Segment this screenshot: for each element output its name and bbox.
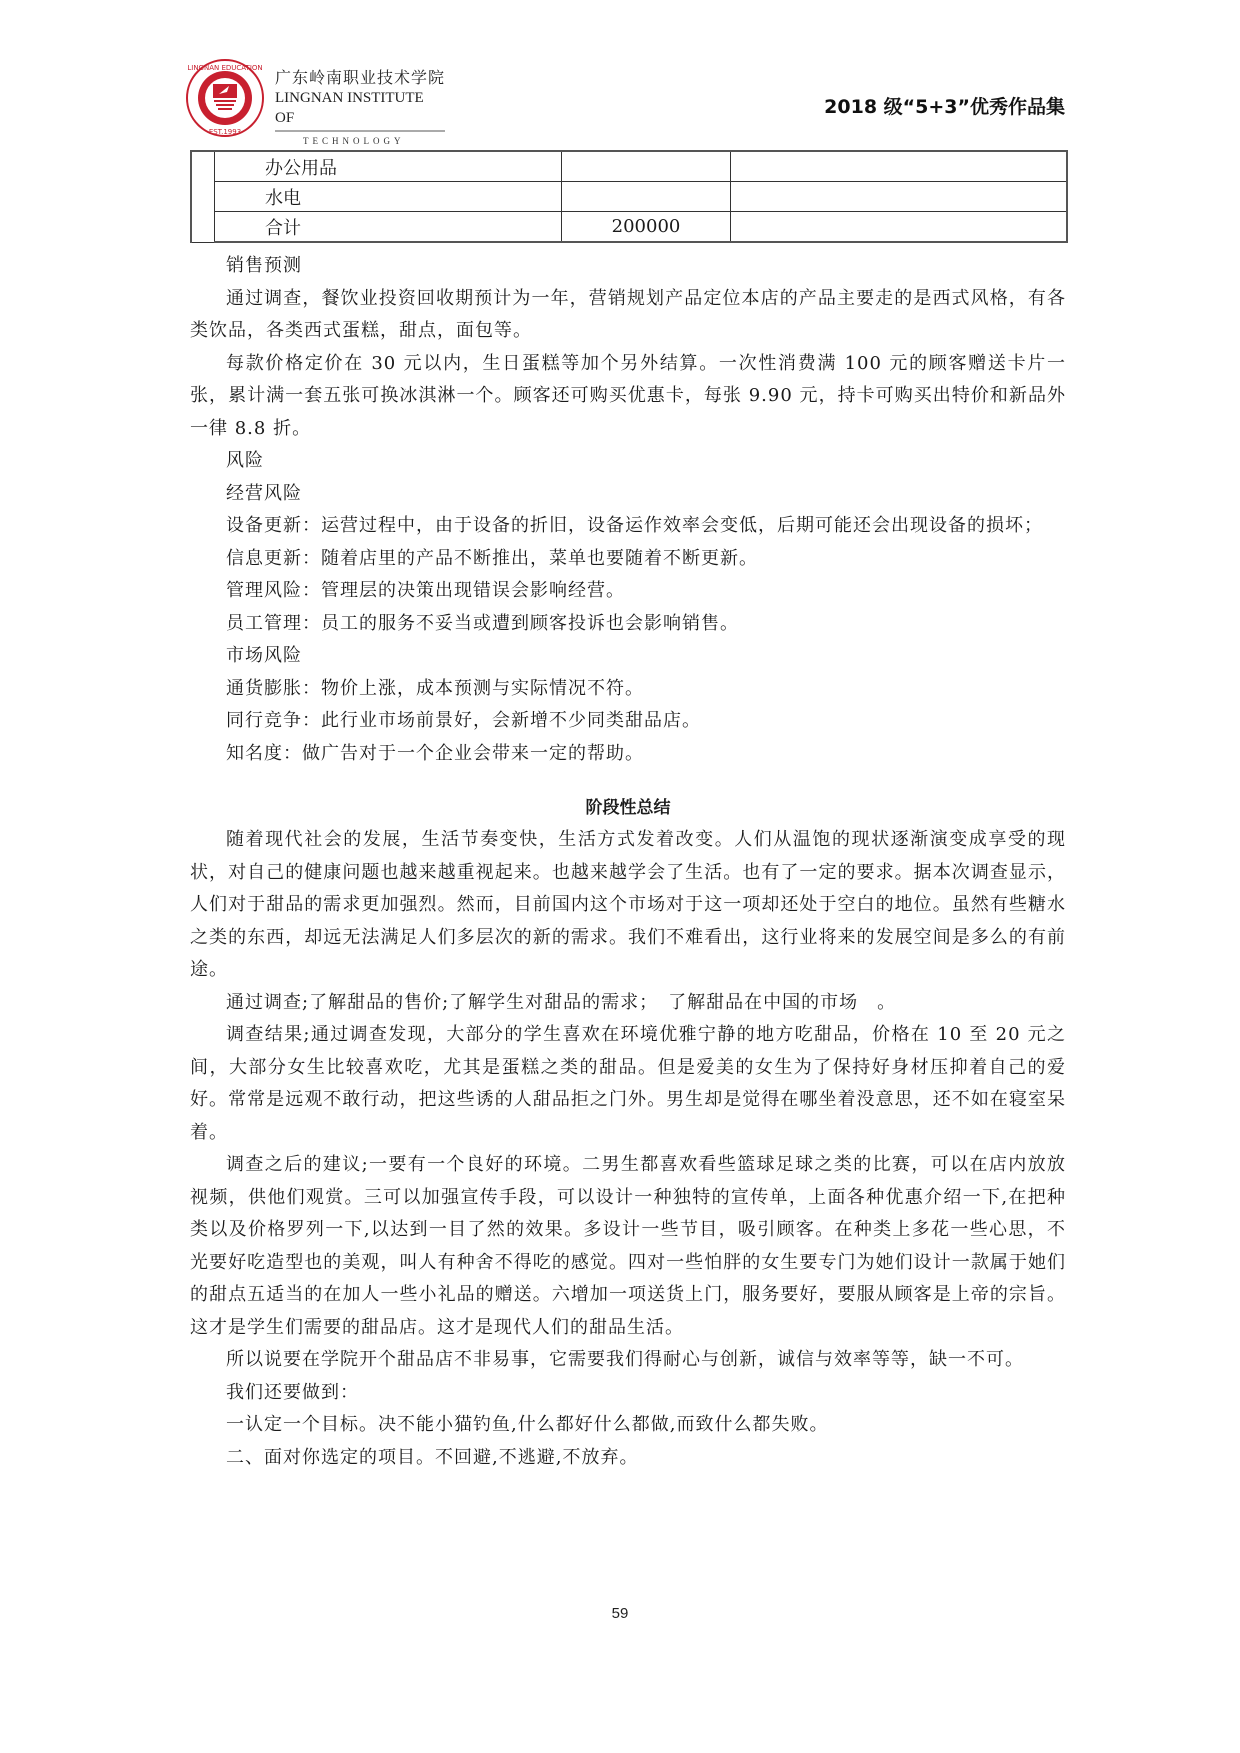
collection-title: 2018 级“5+3”优秀作品集 — [824, 92, 1065, 119]
paragraph: 设备更新：运营过程中，由于设备的折旧，设备运作效率会变低，后期可能还会出现设备的… — [190, 510, 1066, 543]
paragraph: 二、面对你选定的项目。不回避,不逃避,不放弃。 — [190, 1442, 1066, 1475]
school-name-en-line2: TECHNOLOGY — [275, 136, 445, 146]
table-cell-amount — [562, 151, 731, 182]
table-cell-note — [731, 182, 1068, 212]
table-cell-item: 合计 — [215, 212, 562, 243]
heading-risk: 风险 — [190, 445, 1066, 478]
paragraph: 所以说要在学院开个甜品店不非易事，它需要我们得耐心与创新，诚信与效率等等，缺一不… — [190, 1344, 1066, 1377]
paragraph: 通过调查;了解甜品的售价;了解学生对甜品的需求； 了解甜品在中国的市场 。 — [190, 987, 1066, 1020]
heading-sales-forecast: 销售预测 — [190, 250, 1066, 283]
heading-operating-risk: 经营风险 — [190, 478, 1066, 511]
table-cell-amount: 200000 — [562, 212, 731, 243]
paragraph: 通货膨胀：物价上涨，成本预测与实际情况不符。 — [190, 673, 1066, 706]
table-row: 合计 200000 — [191, 212, 1067, 243]
table-cell-item: 水电 — [215, 182, 562, 212]
svg-text:EST.1993: EST.1993 — [209, 128, 241, 136]
paragraph: 员工管理：员工的服务不妥当或遭到顾客投诉也会影响销售。 — [190, 608, 1066, 641]
page-header: LINGNAN EDUCATION EST.1993 广东岭南职业技术学院 LI… — [185, 58, 1065, 148]
section-title: 阶段性总结 — [190, 792, 1066, 824]
paragraph: 知名度：做广告对于一个企业会带来一定的帮助。 — [190, 738, 1066, 771]
table-merged-cell — [191, 151, 215, 242]
school-logo-icon: LINGNAN EDUCATION EST.1993 — [185, 58, 265, 138]
svg-text:LINGNAN EDUCATION: LINGNAN EDUCATION — [187, 64, 262, 72]
paragraph: 我们还要做到： — [190, 1377, 1066, 1410]
paragraph: 调查之后的建议;一要有一个良好的环境。二男生都喜欢看些篮球足球之类的比赛，可以在… — [190, 1149, 1066, 1344]
school-name-cn: 广东岭南职业技术学院 — [275, 68, 445, 88]
heading-market-risk: 市场风险 — [190, 640, 1066, 673]
paragraph: 信息更新：随着店里的产品不断推出，菜单也要随着不断更新。 — [190, 543, 1066, 576]
paragraph: 同行竞争：此行业市场前景好，会新增不少同类甜品店。 — [190, 705, 1066, 738]
paragraph: 每款价格定价在 30 元以内，生日蛋糕等加个另外结算。一次性消费满 100 元的… — [190, 348, 1066, 446]
table-cell-amount — [562, 182, 731, 212]
table-cell-note — [731, 151, 1068, 182]
table-cell-note — [731, 212, 1068, 243]
budget-table: 办公用品 水电 合计 200000 — [190, 150, 1068, 243]
paragraph: 调查结果;通过调查发现，大部分的学生喜欢在环境优雅宁静的地方吃甜品，价格在 10… — [190, 1019, 1066, 1149]
paragraph: 一认定一个目标。决不能小猫钓鱼,什么都好什么都做,而致什么都失败。 — [190, 1409, 1066, 1442]
school-name-en: LINGNAN INSTITUTE OF — [275, 88, 445, 132]
paragraph: 随着现代社会的发展，生活节奏变快，生活方式发着改变。人们从温饱的现状逐渐演变成享… — [190, 824, 1066, 987]
table-cell-item: 办公用品 — [215, 151, 562, 182]
page-number: 59 — [0, 1605, 1240, 1622]
document-body: 销售预测 通过调查，餐饮业投资回收期预计为一年，营销规划产品定位本店的产品主要走… — [190, 250, 1066, 1474]
school-name-block: 广东岭南职业技术学院 LINGNAN INSTITUTE OF TECHNOLO… — [275, 68, 445, 146]
table-row: 办公用品 — [191, 151, 1067, 182]
paragraph: 管理风险：管理层的决策出现错误会影响经营。 — [190, 575, 1066, 608]
table-row: 水电 — [191, 182, 1067, 212]
paragraph: 通过调查，餐饮业投资回收期预计为一年，营销规划产品定位本店的产品主要走的是西式风… — [190, 283, 1066, 348]
